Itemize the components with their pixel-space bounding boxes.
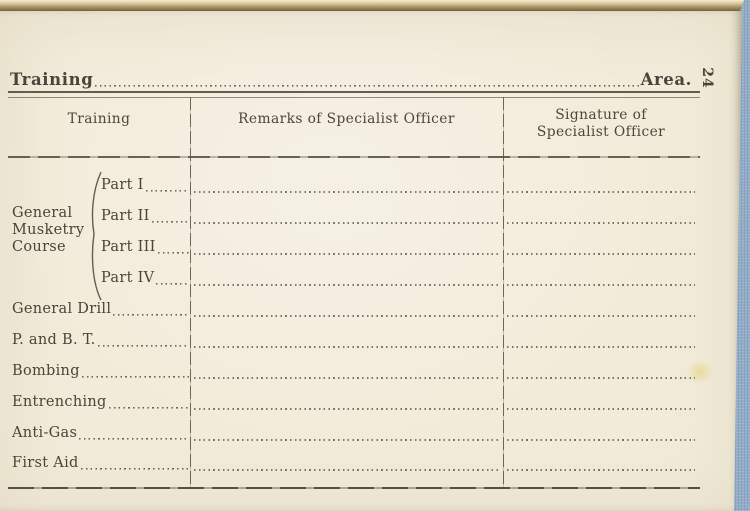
column-divider-2 — [503, 97, 504, 488]
signature-dotted-line — [507, 346, 695, 348]
remarks-dotted-line — [194, 284, 500, 286]
row-part-1: Part I — [101, 177, 189, 193]
paper-stain — [686, 360, 714, 384]
remarks-dotted-line — [194, 222, 500, 224]
remarks-dotted-line — [194, 408, 500, 410]
header-underline-rule — [8, 156, 700, 158]
page-stack-edge — [0, 0, 744, 11]
remarks-dotted-line — [194, 377, 500, 379]
signature-dotted-line — [507, 222, 695, 224]
dotted-leader — [98, 334, 189, 348]
row-general-drill: General Drill — [12, 301, 189, 317]
signature-dotted-line — [507, 191, 695, 193]
musketry-line-1: General — [12, 205, 84, 222]
remarks-dotted-line — [194, 191, 500, 193]
signature-dotted-line — [507, 408, 695, 410]
signature-dotted-line — [507, 253, 695, 255]
table-bottom-rule — [8, 487, 700, 489]
header-training: Training — [8, 111, 190, 128]
dotted-leader — [109, 396, 189, 410]
row-label-text: Part III — [101, 239, 156, 255]
remarks-dotted-line — [194, 469, 500, 471]
dotted-leader — [156, 272, 189, 286]
remarks-dotted-line — [194, 346, 500, 348]
scanned-book-photo: { "scan": { "top_label": "Training", "ar… — [0, 0, 750, 511]
row-label-text: P. and B. T. — [12, 332, 96, 348]
column-divider-1 — [190, 97, 191, 488]
row-label-text: Bombing — [12, 363, 80, 379]
signature-dotted-line — [507, 284, 695, 286]
row-anti-gas: Anti-Gas — [12, 425, 189, 441]
dotted-leader — [113, 303, 189, 317]
dotted-leader — [81, 457, 189, 471]
row-first-aid: First Aid — [12, 455, 189, 471]
remarks-dotted-line — [194, 315, 500, 317]
row-entrenching: Entrenching — [12, 394, 189, 410]
row-label-text: First Aid — [12, 455, 79, 471]
remarks-dotted-line — [194, 253, 500, 255]
dotted-leader — [152, 210, 189, 224]
row-label-text: Entrenching — [12, 394, 107, 410]
dotted-leader — [82, 365, 189, 379]
dotted-leader — [158, 241, 189, 255]
signature-dotted-line — [507, 469, 695, 471]
form-page: Training Area. 24 Training Remarks of Sp… — [0, 11, 742, 511]
musketry-group-label: General Musketry Course — [12, 205, 84, 256]
dotted-leader — [146, 179, 189, 193]
header-remarks: Remarks of Specialist Officer — [190, 111, 503, 128]
area-label: Area. — [641, 70, 692, 90]
row-label-text: Part I — [101, 177, 144, 193]
signature-dotted-line — [507, 315, 695, 317]
musketry-line-2: Musketry — [12, 222, 84, 239]
row-part-2: Part II — [101, 208, 189, 224]
row-bombing: Bombing — [12, 363, 189, 379]
training-label: Training — [10, 70, 93, 90]
row-label-text: General Drill — [12, 301, 111, 317]
page-number: 24 — [695, 67, 719, 89]
signature-dotted-line — [507, 439, 695, 441]
header-signature: Signature of Specialist Officer — [525, 107, 677, 141]
training-area-line: Training Area. — [10, 68, 692, 90]
dotted-leader — [79, 427, 189, 441]
musketry-line-3: Course — [12, 239, 84, 256]
row-label-text: Part II — [101, 208, 150, 224]
remarks-dotted-line — [194, 439, 500, 441]
row-p-and-bt: P. and B. T. — [12, 332, 189, 348]
row-label-text: Anti-Gas — [12, 425, 77, 441]
signature-dotted-line — [507, 377, 695, 379]
row-part-4: Part IV — [101, 270, 189, 286]
table-top-rule — [8, 91, 700, 98]
dotted-leader — [95, 72, 638, 90]
row-label-text: Part IV — [101, 270, 154, 286]
row-part-3: Part III — [101, 239, 189, 255]
